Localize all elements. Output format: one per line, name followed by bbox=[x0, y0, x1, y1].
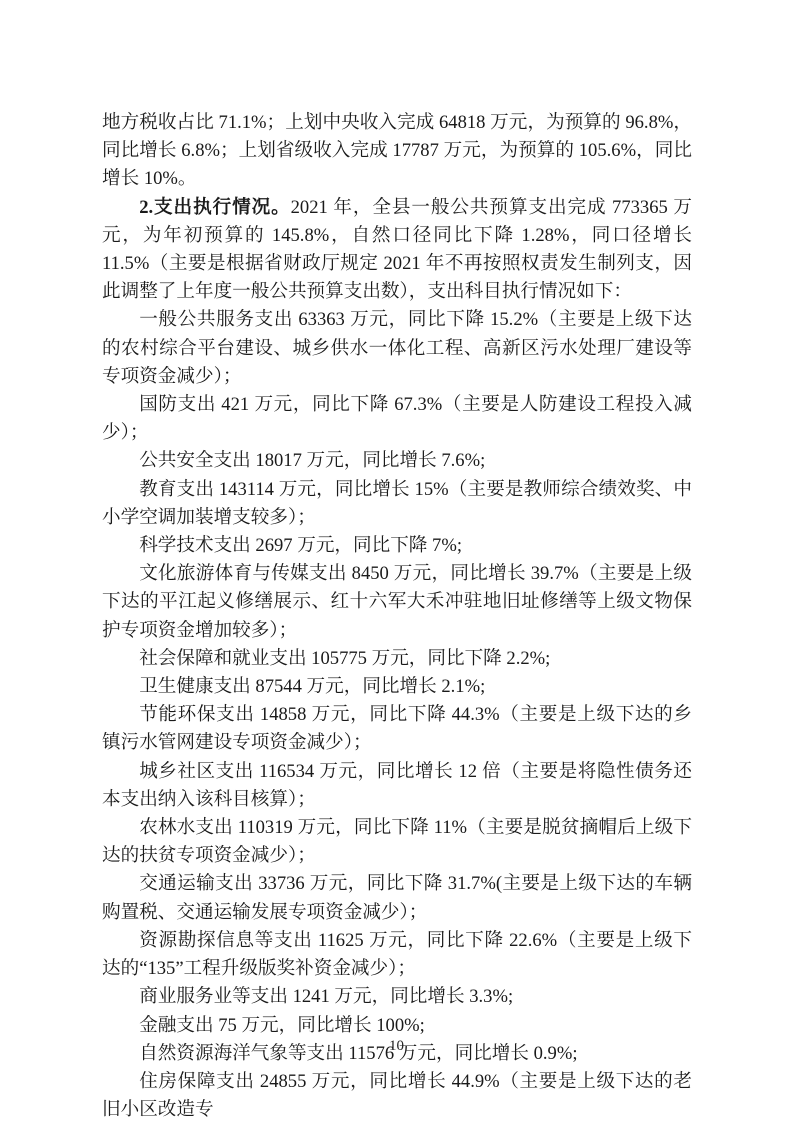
paragraph-expenditure-overview: 2.支出执行情况。2021 年，全县一般公共预算支出完成 773365 万元，为… bbox=[102, 194, 692, 307]
paragraph-finance: 金融支出 75 万元，同比增长 100%; bbox=[102, 1012, 692, 1040]
paragraph-education: 教育支出 143114 万元，同比增长 15%（主要是教师综合绩效奖、中小学空调… bbox=[102, 476, 692, 532]
paragraph-urban-rural-community: 城乡社区支出 116534 万元，同比增长 12 倍（主要是将隐性债务还本支出纳… bbox=[102, 758, 692, 814]
paragraph-transportation: 交通运输支出 33736 万元，同比下降 31.7%(主要是上级下达的车辆购置税… bbox=[102, 870, 692, 926]
paragraph-science-technology: 科学技术支出 2697 万元，同比下降 7%; bbox=[102, 532, 692, 560]
document-page: 地方税收占比 71.1%；上划中央收入完成 64818 万元，为预算的 96.8… bbox=[0, 0, 793, 1122]
paragraph-revenue-continued: 地方税收占比 71.1%；上划中央收入完成 64818 万元，为预算的 96.8… bbox=[102, 109, 692, 194]
page-number: 10 bbox=[0, 1037, 793, 1055]
paragraph-agriculture-forestry-water: 农林水支出 110319 万元，同比下降 11%（主要是脱贫摘帽后上级下达的扶贫… bbox=[102, 814, 692, 870]
paragraph-housing-security: 住房保障支出 24855 万元，同比增长 44.9%（主要是上级下达的老旧小区改… bbox=[102, 1068, 692, 1122]
paragraph-health: 卫生健康支出 87544 万元，同比增长 2.1%; bbox=[102, 673, 692, 701]
text-body: 地方税收占比 71.1%；上划中央收入完成 64818 万元，为预算的 96.8… bbox=[102, 109, 692, 1122]
paragraph-public-security: 公共安全支出 18017 万元，同比增长 7.6%; bbox=[102, 447, 692, 475]
paragraph-commercial-services: 商业服务业等支出 1241 万元，同比增长 3.3%; bbox=[102, 983, 692, 1011]
paragraph-culture-tourism-media: 文化旅游体育与传媒支出 8450 万元，同比增长 39.7%（主要是上级下达的平… bbox=[102, 560, 692, 645]
paragraph-social-security-employment: 社会保障和就业支出 105775 万元，同比下降 2.2%; bbox=[102, 645, 692, 673]
paragraph-energy-environment: 节能环保支出 14858 万元，同比下降 44.3%（主要是上级下达的乡镇污水管… bbox=[102, 701, 692, 757]
paragraph-resource-exploration-info: 资源勘探信息等支出 11625 万元，同比下降 22.6%（主要是上级下达的“1… bbox=[102, 927, 692, 983]
paragraph-national-defense: 国防支出 421 万元，同比下降 67.3%（主要是人防建设工程投入减少）； bbox=[102, 391, 692, 447]
paragraph-lead-bold: 2.支出执行情况。 bbox=[139, 197, 290, 218]
paragraph-general-public-services: 一般公共服务支出 63363 万元，同比下降 15.2%（主要是上级下达的农村综… bbox=[102, 306, 692, 391]
